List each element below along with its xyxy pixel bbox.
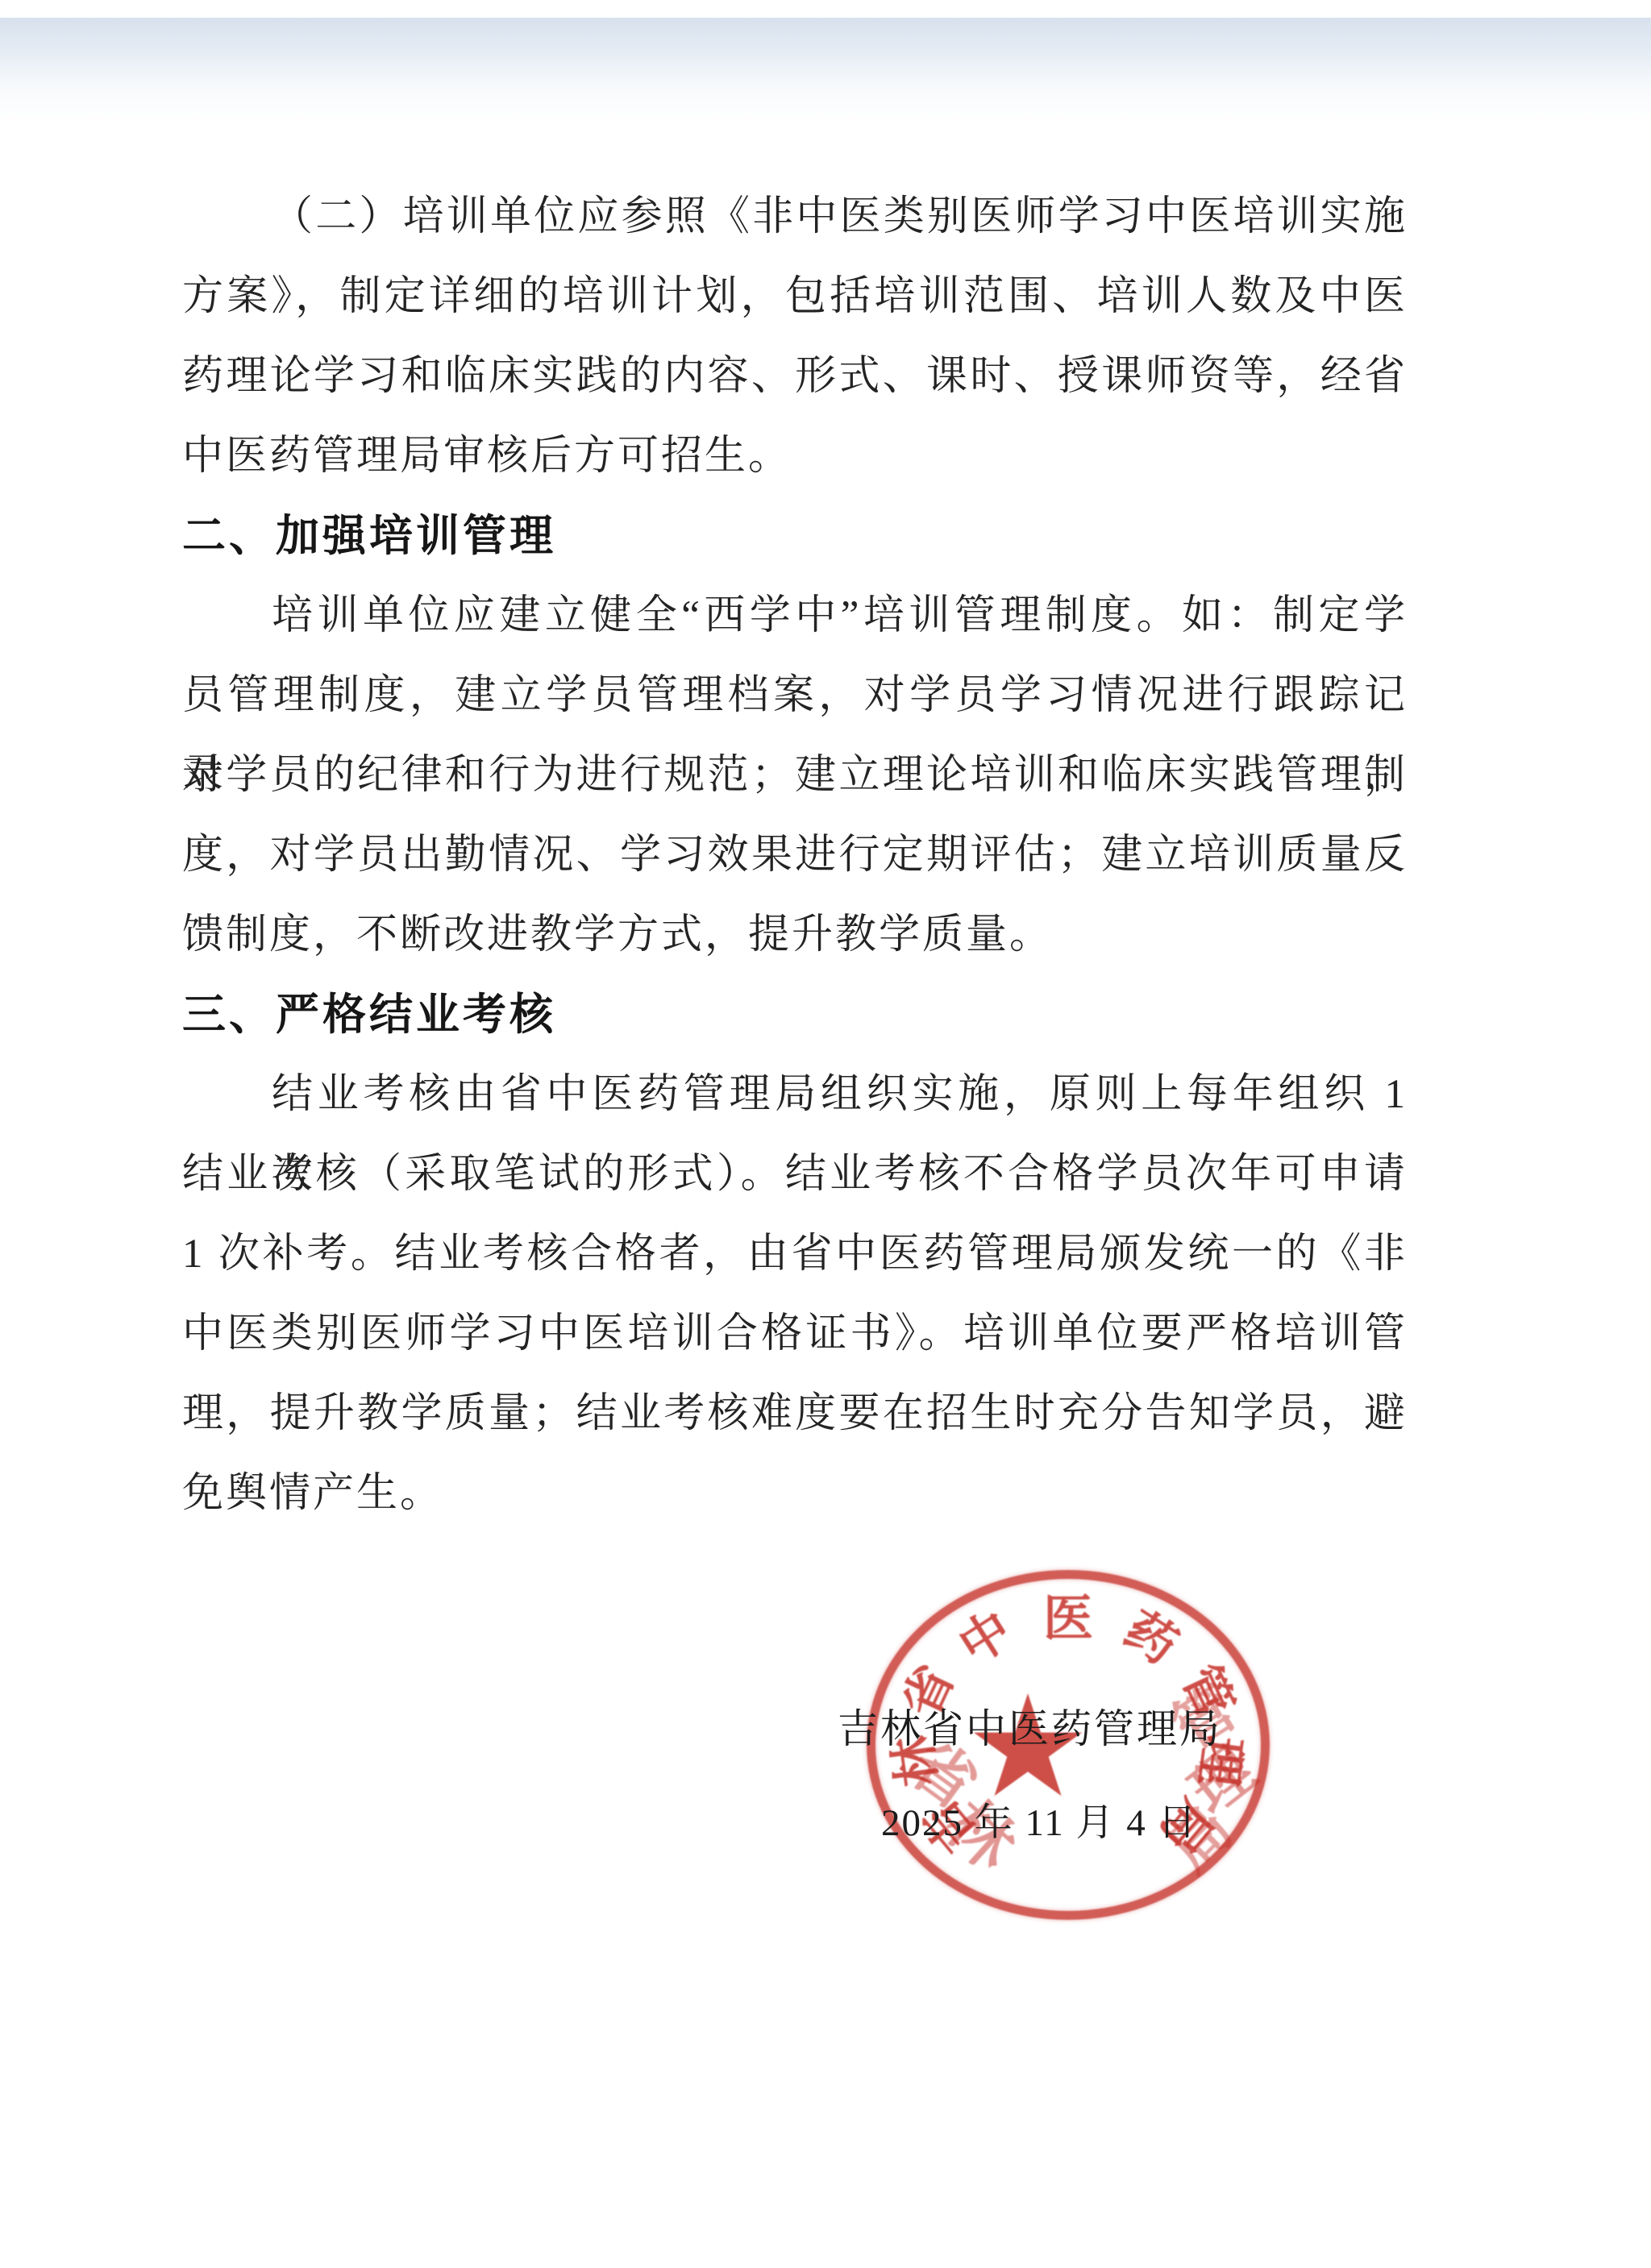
text-line: 药理论学习和临床实践的内容、形式、课时、授课师资等，经省 [182, 337, 1408, 417]
text-line: 馈制度，不断改进教学方式，提升教学质量。 [182, 895, 1408, 975]
text-line: 中医药管理局审核后方可招生。 [182, 417, 1408, 496]
text-line: 对学员的纪律和行为进行规范；建立理论培训和临床实践管理制 [182, 736, 1408, 816]
issuer-name: 吉林省中医药管理局 [838, 1705, 1222, 1753]
text-line: （二）培训单位应参照《非中医类别医师学习中医培训实施 [182, 177, 1408, 257]
document-body: （二）培训单位应参照《非中医类别医师学习中医培训实施方案》，制定详细的培训计划，… [182, 177, 1408, 1534]
text-line: 免舆情产生。 [182, 1454, 1408, 1534]
text-line: 1 次补考。结业考核合格者，由省中医药管理局颁发统一的《非 [182, 1215, 1408, 1294]
text-line: 理，提升教学质量；结业考核难度要在招生时充分告知学员，避 [182, 1374, 1408, 1454]
scan-gradient-artifact [0, 18, 1651, 129]
text-line: 中医类别医师学习中医培训合格证书》。培训单位要严格培训管 [182, 1294, 1408, 1374]
document-page: （二）培训单位应参照《非中医类别医师学习中医培训实施方案》，制定详细的培训计划，… [0, 0, 1651, 2268]
issue-date: 2025 年 11 月 4 日 [881, 1799, 1198, 1847]
text-line: 员管理制度，建立学员管理档案，对学员学习情况进行跟踪记录， [182, 656, 1408, 736]
section-heading: 二、加强培训管理 [182, 496, 1408, 576]
text-line: 结业考核由省中医药管理局组织实施，原则上每年组织 1 次 [182, 1055, 1408, 1135]
text-line: 度，对学员出勤情况、学习效果进行定期评估；建立培训质量反 [182, 816, 1408, 895]
seal-arc-char: 医 [1043, 1594, 1093, 1644]
section-heading: 三、严格结业考核 [182, 975, 1408, 1055]
text-line: 方案》，制定详细的培训计划，包括培训范围、培训人数及中医 [182, 257, 1408, 337]
text-line: 培训单位应建立健全“西学中”培训管理制度。如：制定学 [182, 576, 1408, 656]
text-line: 结业考核（采取笔试的形式）。结业考核不合格学员次年可申请 [182, 1135, 1408, 1215]
